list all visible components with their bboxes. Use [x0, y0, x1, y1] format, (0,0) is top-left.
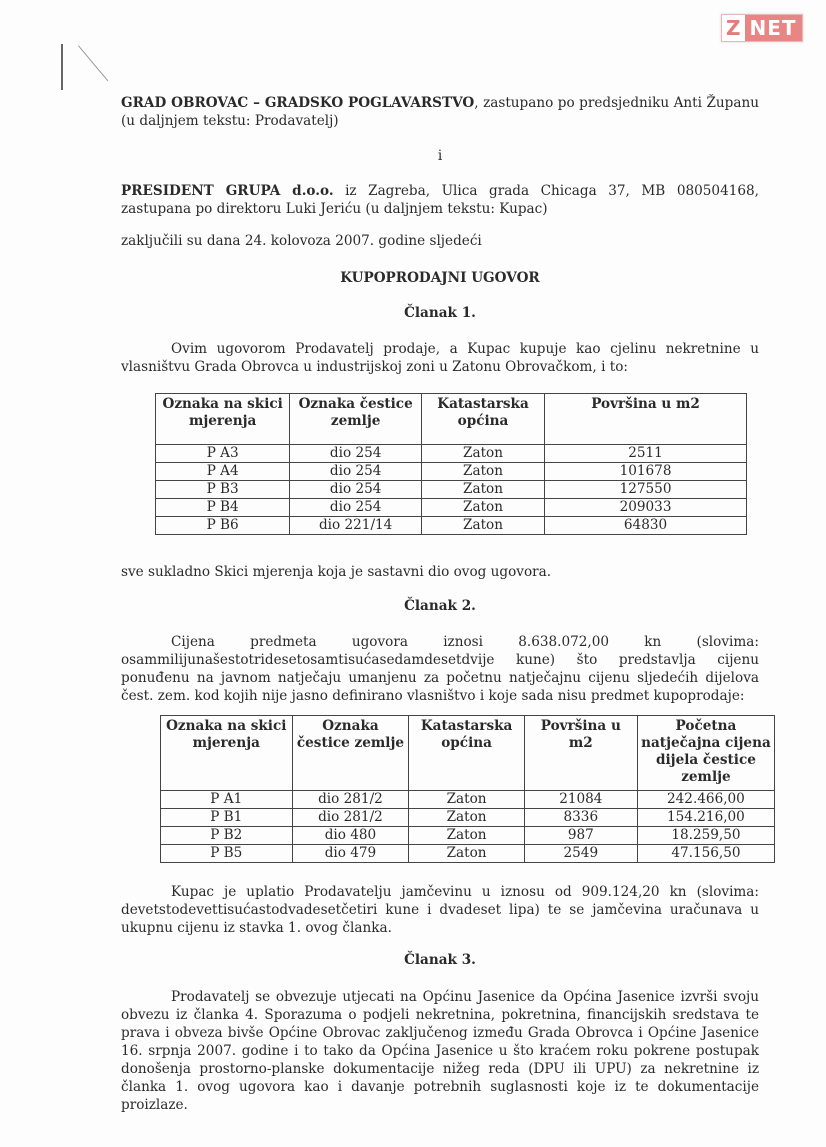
article1-outro: sve sukladno Skici mjerenja koja je sast… — [121, 563, 759, 581]
seller-name: GRAD OBROVAC – GRADSKO POGLAVARSTVO — [121, 95, 474, 111]
table-row: P B6dio 221/14Zaton64830 — [156, 517, 747, 535]
table-row: P A1dio 281/2Zaton21084242.466,00 — [161, 791, 775, 809]
table-cell: Zaton — [421, 517, 544, 535]
column-header: Oznaka čestice zemlje — [290, 394, 422, 445]
article2-price-line: Cijenapredmetaugovoraiznosi8.638.072,00k… — [121, 633, 759, 651]
column-header: Katastarska općina — [409, 716, 524, 791]
word: ugovora — [352, 633, 408, 651]
table-cell: dio 254 — [290, 499, 422, 517]
concluded-after: godine sljedeći — [374, 233, 482, 249]
table-cell: Zaton — [421, 499, 544, 517]
party-buyer: PRESIDENT GRUPA d.o.o. iz Zagreba, Ulica… — [121, 182, 759, 218]
contract-date: 24. kolovoza 2007. — [245, 233, 374, 249]
column-header: Početna natječajna cijena dijela čestice… — [637, 716, 774, 791]
table-row: P B4dio 254Zaton209033 — [156, 499, 747, 517]
table-cell: 8336 — [524, 809, 637, 827]
znet-logo: Z NET — [721, 14, 803, 42]
table-cell: dio 254 — [290, 445, 422, 463]
column-header: Površina u m2 — [524, 716, 637, 791]
table-cell: 242.466,00 — [637, 791, 774, 809]
word: (slovima: — [697, 633, 759, 651]
table-cell: P B5 — [161, 845, 293, 863]
table-cell: dio 281/2 — [292, 809, 409, 827]
table-row: P B3dio 254Zaton127550 — [156, 481, 747, 499]
table-cell: Zaton — [409, 827, 524, 845]
word: predmeta — [250, 633, 316, 651]
column-header: Oznaka na skici mjerenja — [161, 716, 293, 791]
table-cell: 21084 — [524, 791, 637, 809]
table-cell: Zaton — [409, 845, 524, 863]
table-cell: Zaton — [421, 481, 544, 499]
party-seller: GRAD OBROVAC – GRADSKO POGLAVARSTVO, zas… — [121, 94, 759, 130]
word: 8.638.072,00 — [518, 633, 609, 651]
article1-intro: Ovim ugovorom Prodavatelj prodaje, a Kup… — [121, 340, 759, 376]
table-cell: 64830 — [545, 517, 747, 535]
article2-rest: osammilijunašestotridesetosamtisućasedam… — [121, 651, 759, 705]
document-title: KUPOPRODAJNI UGOVOR — [121, 269, 759, 287]
table-cell: 2511 — [545, 445, 747, 463]
table-cell: Zaton — [421, 463, 544, 481]
table-cell: P A1 — [161, 791, 293, 809]
table-cell: dio 281/2 — [292, 791, 409, 809]
article3-heading: Članak 3. — [121, 951, 759, 969]
table-cell: P B1 — [161, 809, 293, 827]
scan-mark-slash — [78, 45, 108, 81]
column-header: Oznaka čestice zemlje — [292, 716, 409, 791]
word: iznosi — [443, 633, 483, 651]
table-row: P A3dio 254Zaton2511 — [156, 445, 747, 463]
table-cell: P B3 — [156, 481, 290, 499]
table-row: P A4dio 254Zaton101678 — [156, 463, 747, 481]
column-header: Katastarska općina — [421, 394, 544, 445]
table-cell: 154.216,00 — [637, 809, 774, 827]
table-cell: dio 254 — [290, 463, 422, 481]
table-row: P B1dio 281/2Zaton8336154.216,00 — [161, 809, 775, 827]
table-cell: P A4 — [156, 463, 290, 481]
table-cell: P B4 — [156, 499, 290, 517]
table-cell: P B2 — [161, 827, 293, 845]
column-header: Površina u m2 — [545, 394, 747, 445]
scan-mark — [61, 44, 63, 90]
article2-text: Cijenapredmetaugovoraiznosi8.638.072,00k… — [121, 633, 759, 705]
word: kn — [644, 633, 661, 651]
table-cell: Zaton — [409, 809, 524, 827]
table-row: P B5dio 479Zaton254947.156,50 — [161, 845, 775, 863]
table-cell: dio 221/14 — [290, 517, 422, 535]
logo-z: Z — [722, 15, 745, 41]
article1-heading: Članak 1. — [121, 304, 759, 322]
table-cell: 18.259,50 — [637, 827, 774, 845]
table-cell: 209033 — [545, 499, 747, 517]
table-row: P B2dio 480Zaton98718.259,50 — [161, 827, 775, 845]
table-cell: dio 479 — [292, 845, 409, 863]
word: Cijena — [171, 633, 215, 651]
excluded-parcels-table: Oznaka na skici mjerenjaOznaka čestice z… — [160, 715, 775, 863]
table-cell: Zaton — [421, 445, 544, 463]
table-cell: P B6 — [156, 517, 290, 535]
parcels-table: Oznaka na skici mjerenjaOznaka čestice z… — [155, 393, 747, 535]
buyer-name: PRESIDENT GRUPA d.o.o. — [121, 183, 334, 199]
table-cell: Zaton — [409, 791, 524, 809]
table-cell: 47.156,50 — [637, 845, 774, 863]
article3-text: Prodavatelj se obvezuje utjecati na Opći… — [121, 988, 759, 1114]
table-cell: 127550 — [545, 481, 747, 499]
table-cell: dio 254 — [290, 481, 422, 499]
table-cell: dio 480 — [292, 827, 409, 845]
conjunction: i — [121, 147, 759, 165]
article2-heading: Članak 2. — [121, 597, 759, 615]
table-cell: P A3 — [156, 445, 290, 463]
column-header: Oznaka na skici mjerenja — [156, 394, 290, 445]
table-cell: 987 — [524, 827, 637, 845]
logo-net: NET — [745, 15, 802, 41]
concluded-line: zaključili su dana 24. kolovoza 2007. go… — [121, 232, 759, 250]
deposit-text: Kupac je uplatio Prodavatelju jamčevinu … — [121, 883, 759, 937]
concluded-before: zaključili su dana — [121, 233, 245, 249]
table-cell: 2549 — [524, 845, 637, 863]
table-cell: 101678 — [545, 463, 747, 481]
